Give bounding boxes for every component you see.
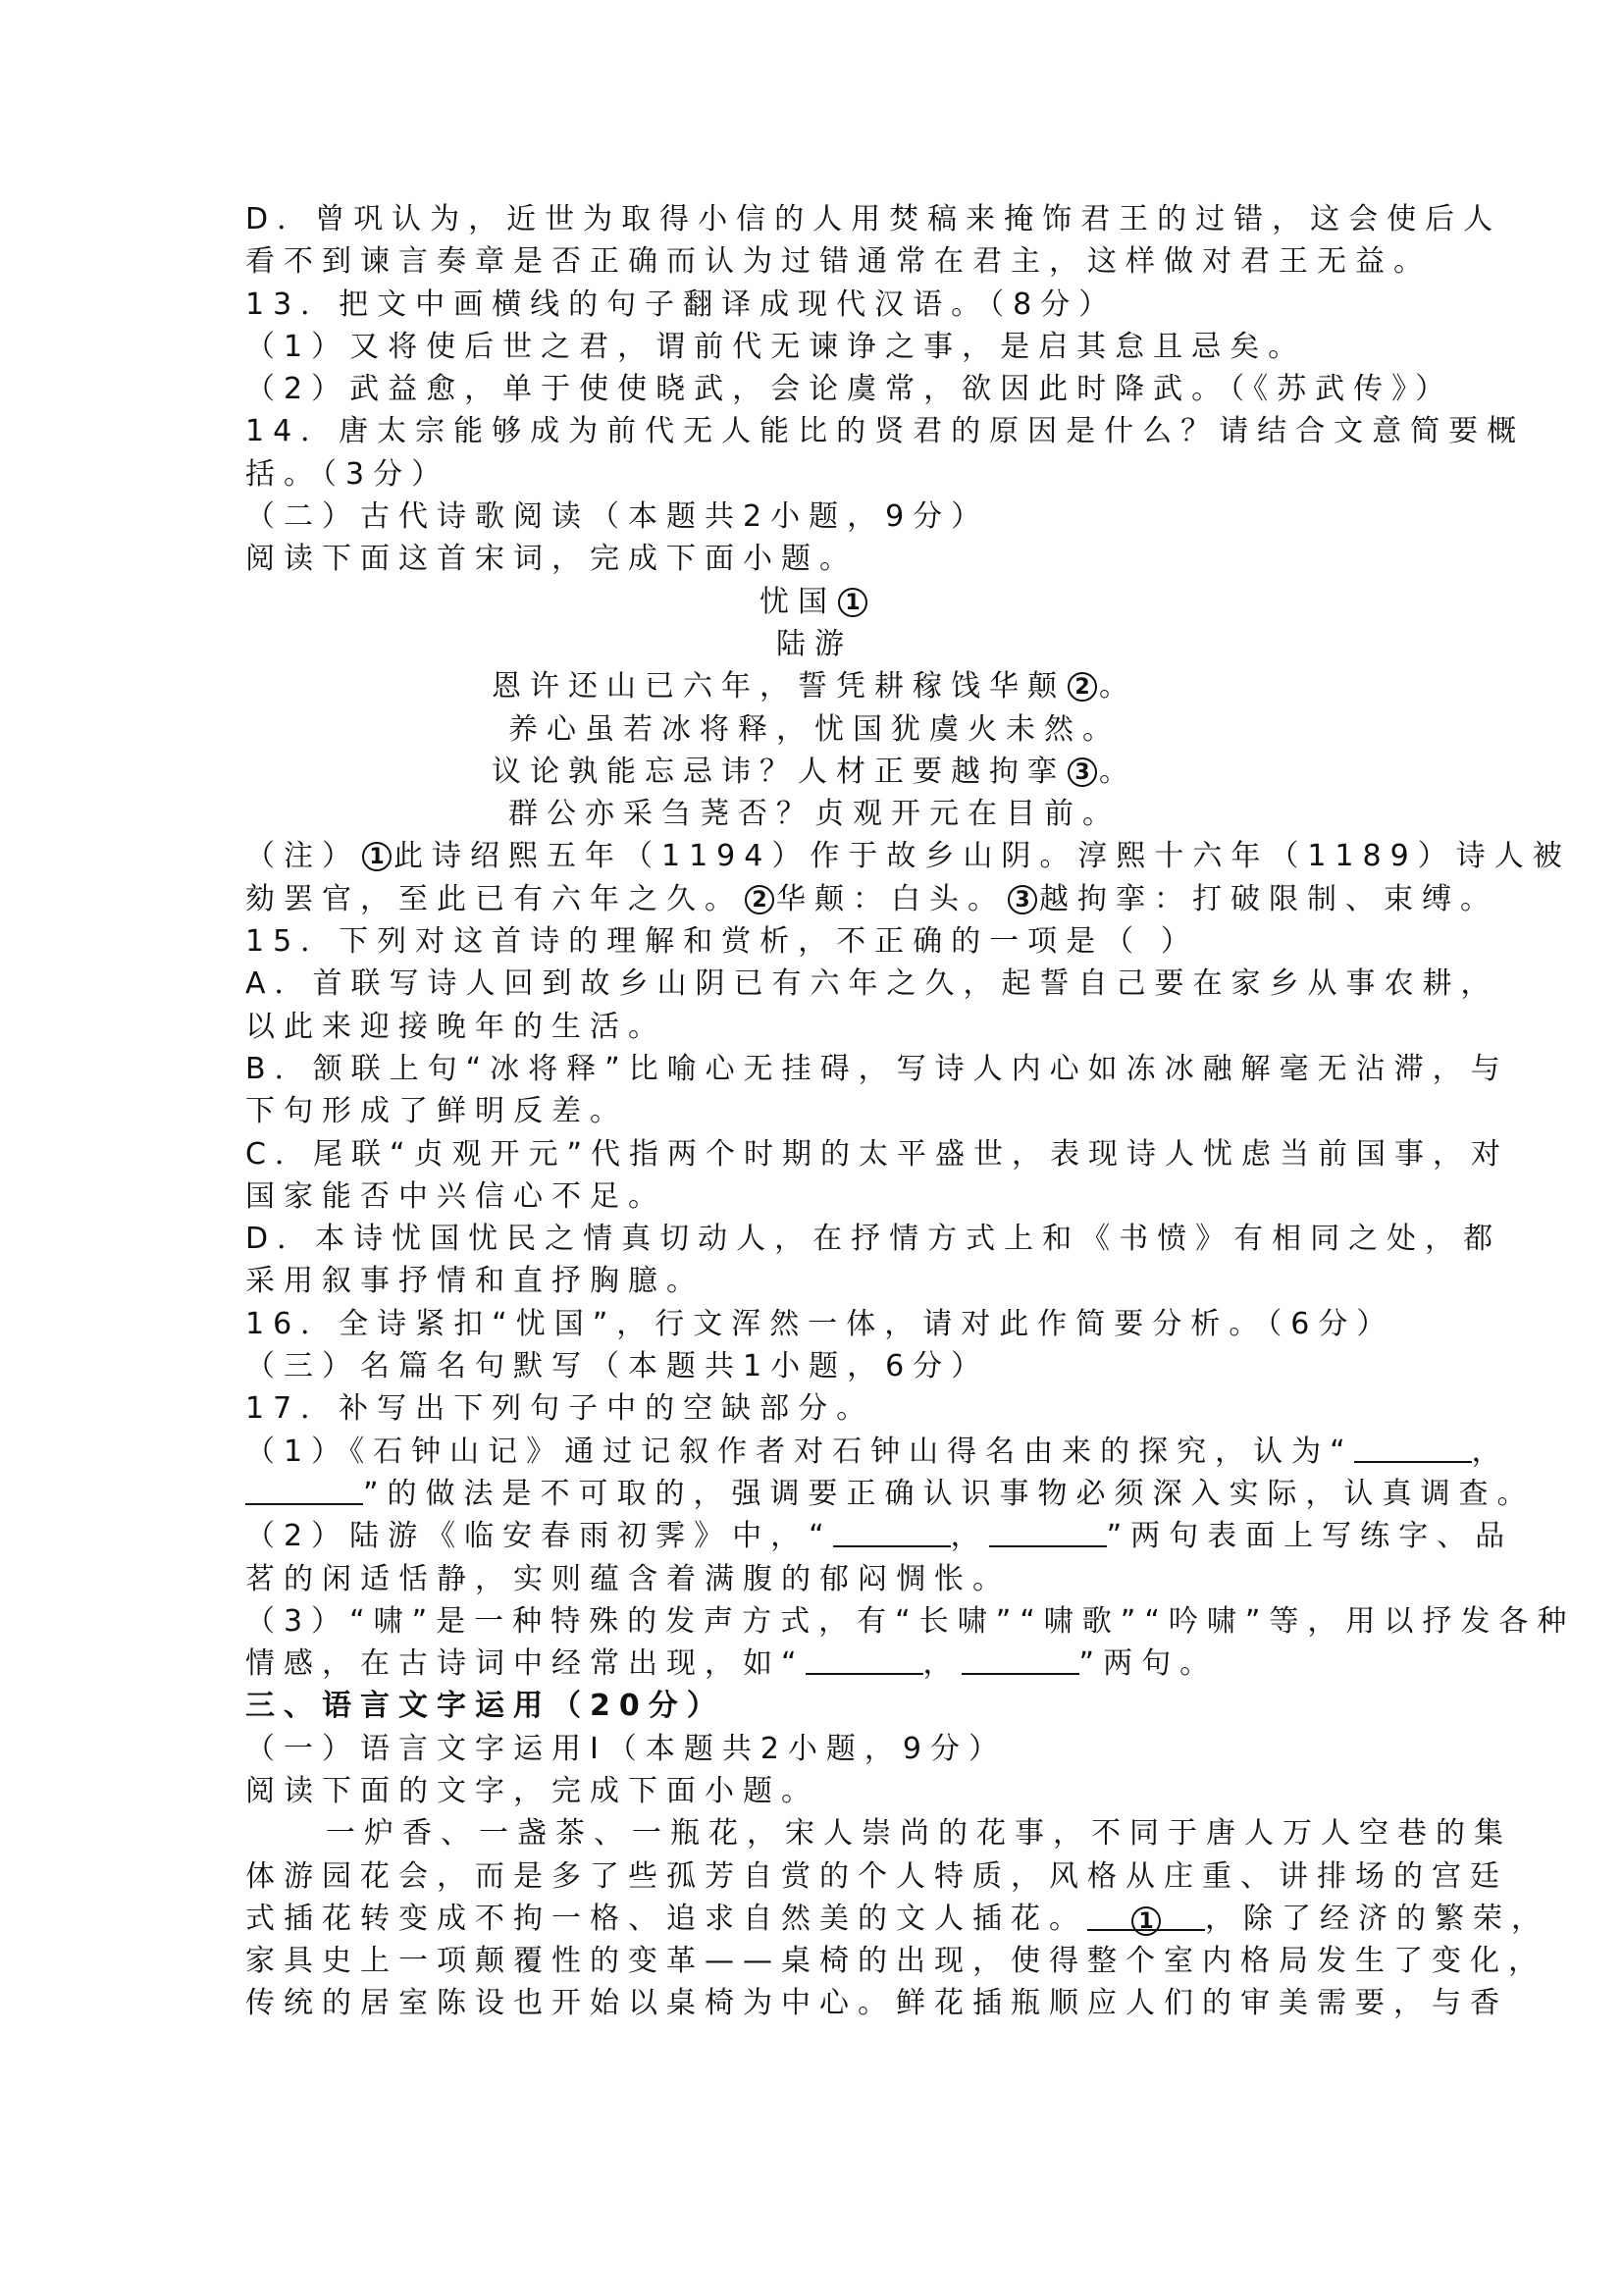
q14-line2: 括。（3分） xyxy=(245,453,1384,496)
fill-blank[interactable] xyxy=(806,1644,923,1675)
q13-item2: （2）武益愈，单于使使晓武，会论虞常，欲因此时降武。（《苏武传》） xyxy=(245,368,1384,410)
poem-line-4: 群公亦采刍荛否？贞观开元在目前。 xyxy=(245,793,1384,835)
q17-item1-line1: （1）《石钟山记》通过记叙作者对石钟山得名由来的探究，认为“， xyxy=(245,1431,1384,1473)
q15-option-b-line1: B．颔联上句“冰将释”比喻心无挂碍，写诗人内心如冻冰融解毫无沾滞，与 xyxy=(245,1048,1384,1090)
footnote-marker-1: 1 xyxy=(838,588,867,617)
q14-line1: 14．唐太宗能够成为前代无人能比的贤君的原因是什么？请结合文意简要概 xyxy=(245,410,1384,452)
note-marker-2: 2 xyxy=(745,885,774,914)
part3-sub-heading: （一）语言文字运用Ⅰ（本题共2小题，9分） xyxy=(245,1728,1384,1770)
fill-blank[interactable] xyxy=(1354,1432,1472,1463)
fill-blank[interactable] xyxy=(962,1644,1079,1675)
passage-line3: 式插花转变成不拘一格、追求自然美的文人插花。1，除了经济的繁荣， xyxy=(245,1898,1384,1940)
q15-stem: 15．下列对这首诗的理解和赏析，不正确的一项是（ ） xyxy=(245,920,1384,963)
passage-line5: 传统的居室陈设也开始以桌椅为中心。鲜花插瓶顺应人们的审美需要，与香 xyxy=(245,1982,1384,2024)
q12-option-d-line2: 看不到谏言奏章是否正确而认为过错通常在君主，这样做对君王无益。 xyxy=(245,240,1384,283)
q15-option-a-line2: 以此来迎接晚年的生活。 xyxy=(245,1006,1384,1048)
q15-option-d-line1: D．本诗忧国忧民之情真切动人，在抒情方式上和《书愤》有相同之处，都 xyxy=(245,1218,1384,1260)
section2-heading: （二）古代诗歌阅读（本题共2小题，9分） xyxy=(245,496,1384,538)
q17-item1-line2: ”的做法是不可取的，强调要正确认识事物必须深入实际，认真调查。 xyxy=(245,1473,1384,1515)
q17-item3-line2: 情感，在古诗词中经常出现，如“，”两句。 xyxy=(245,1643,1384,1685)
exam-page: D．曾巩认为，近世为取得小信的人用焚稿来掩饰君王的过错，这会使后人 看不到谏言奏… xyxy=(245,198,1384,2025)
q15-option-a-line1: A．首联写诗人回到故乡山阴已有六年之久，起誓自己要在家乡从事农耕， xyxy=(245,963,1384,1005)
notes-line2: 劾罢官，至此已有六年之久。2华颠：白头。3越拘挛：打破限制、束缚。 xyxy=(245,878,1384,920)
q15-option-b-line2: 下句形成了鲜明反差。 xyxy=(245,1090,1384,1132)
footnote-marker-2: 2 xyxy=(1068,672,1097,702)
q17-item2-line2: 茗的闲适恬静，实则蕴含着满腹的郁闷惆怅。 xyxy=(245,1558,1384,1600)
poem-line-2: 养心虽若冰将释，忧国犹虞火未然。 xyxy=(245,708,1384,751)
q13-stem: 13．把文中画横线的句子翻译成现代汉语。（8分） xyxy=(245,284,1384,326)
poem-title: 忧国1 xyxy=(245,581,1384,623)
part3-heading: 三、语言文字运用（20分） xyxy=(245,1685,1384,1727)
q15-option-d-line2: 采用叙事抒情和直抒胸臆。 xyxy=(245,1260,1384,1302)
notes-line1: （注）1此诗绍熙五年（1194）作于故乡山阴。淳熙十六年（1189）诗人被 xyxy=(245,835,1384,877)
q17-stem: 17．补写出下列句子中的空缺部分。 xyxy=(245,1387,1384,1430)
fill-blank[interactable] xyxy=(989,1516,1107,1547)
poem-author: 陆游 xyxy=(245,623,1384,665)
q13-item1: （1）又将使后世之君，谓前代无谏诤之事，是启其怠且忌矣。 xyxy=(245,326,1384,368)
fill-blank[interactable] xyxy=(245,1474,363,1505)
note-marker-1: 1 xyxy=(362,842,392,871)
blank-marker-1: 1 xyxy=(1131,1906,1161,1936)
passage-line4: 家具史上一项颠覆性的变革——桌椅的出现，使得整个室内格局发生了变化， xyxy=(245,1940,1384,1982)
q15-option-c-line1: C．尾联“贞观开元”代指两个时期的太平盛世，表现诗人忧虑当前国事，对 xyxy=(245,1133,1384,1175)
q17-item3-line1: （3）“啸”是一种特殊的发声方式，有“长啸”“啸歌”“吟啸”等，用以抒发各种 xyxy=(245,1600,1384,1643)
q12-option-d-line1: D．曾巩认为，近世为取得小信的人用焚稿来掩饰君王的过错，这会使后人 xyxy=(245,198,1384,240)
q16-stem: 16．全诗紧扣“忧国”，行文浑然一体，请对此作简要分析。（6分） xyxy=(245,1303,1384,1345)
section3-heading: （三）名篇名句默写（本题共1小题，6分） xyxy=(245,1345,1384,1387)
footnote-marker-3: 3 xyxy=(1068,757,1097,787)
poem-line-1: 恩许还山已六年，誓凭耕稼饯华颠2。 xyxy=(245,665,1384,707)
numbered-blank[interactable]: 1 xyxy=(1087,1900,1205,1931)
poem-line-3: 议论孰能忘忌讳？人材正要越拘挛3。 xyxy=(245,751,1384,793)
note-marker-3: 3 xyxy=(1008,885,1037,914)
q17-item2-line1: （2）陆游《临安春雨初霁》中，“，”两句表面上写练字、品 xyxy=(245,1515,1384,1557)
poem-title-text: 忧国 xyxy=(759,585,836,619)
section2-instruction: 阅读下面这首宋词，完成下面小题。 xyxy=(245,538,1384,580)
part3-instruction: 阅读下面的文字，完成下面小题。 xyxy=(245,1770,1384,1812)
passage-line1: 一炉香、一盏茶、一瓶花，宋人崇尚的花事，不同于唐人万人空巷的集 xyxy=(245,1812,1384,1854)
q15-option-c-line2: 国家能否中兴信心不足。 xyxy=(245,1175,1384,1218)
fill-blank[interactable] xyxy=(833,1516,951,1547)
passage-line2: 体游园花会，而是多了些孤芳自赏的个人特质，风格从庄重、讲排场的宫廷 xyxy=(245,1855,1384,1898)
